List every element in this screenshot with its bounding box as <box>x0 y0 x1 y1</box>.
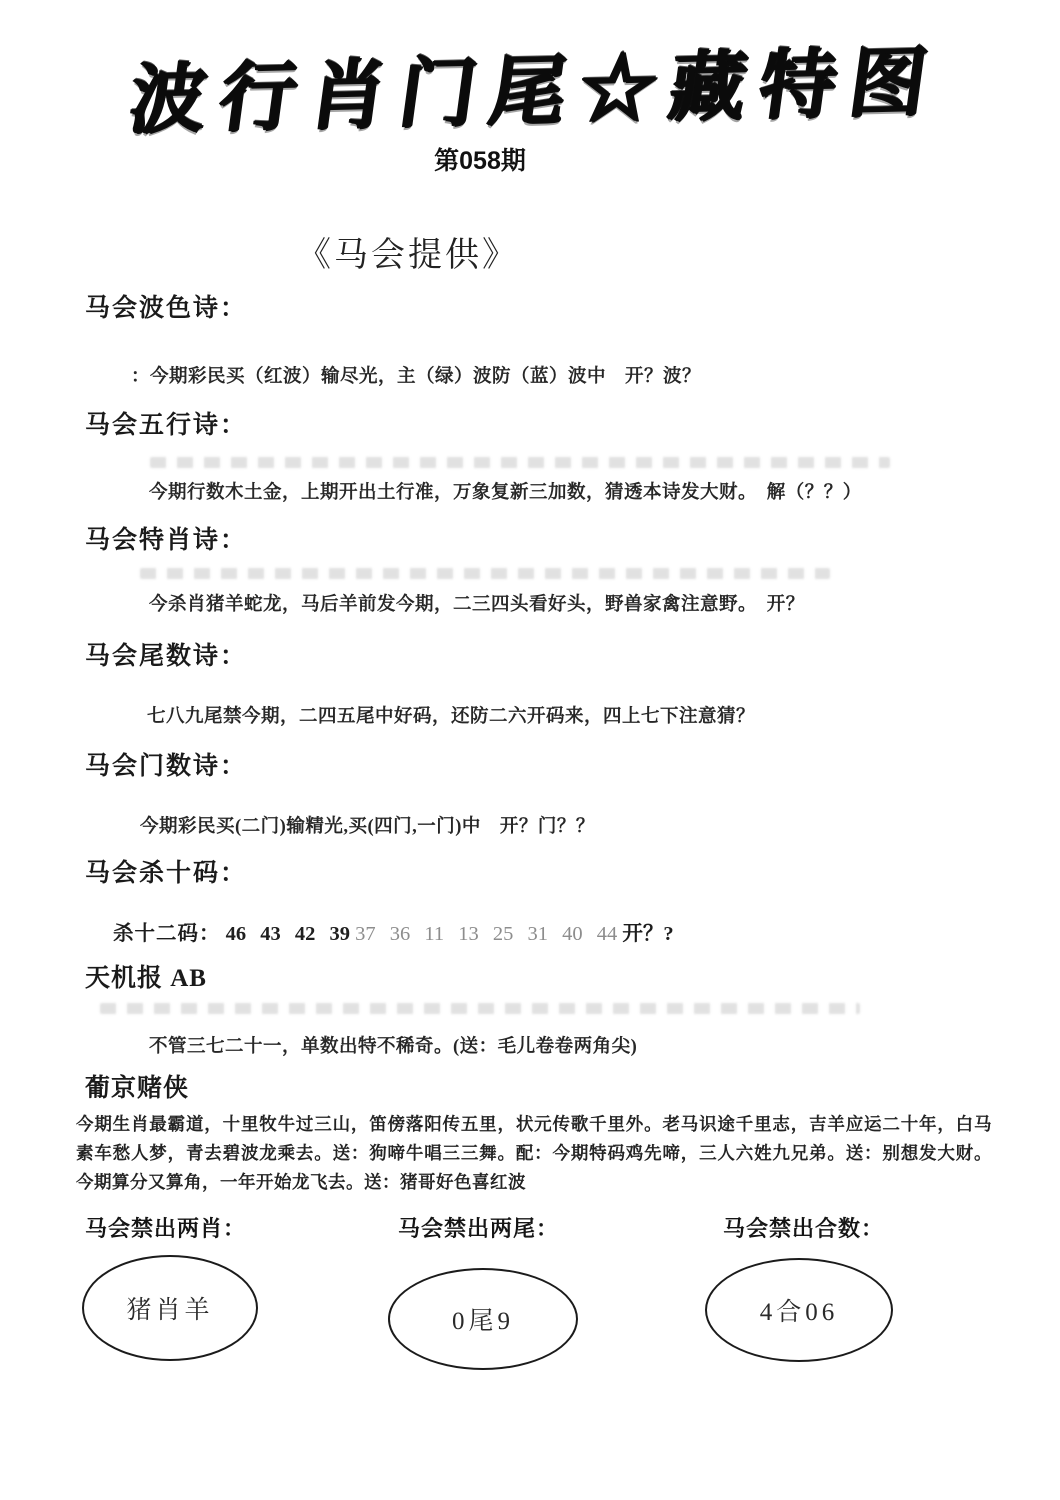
forbidden-two-zodiac-label: 马会禁出两肖： <box>85 1212 246 1243</box>
forbidden-sum-oval: 4合06 <box>705 1258 893 1362</box>
section-heading-tail-numbers: 马会尾数诗： <box>85 636 247 672</box>
forbidden-two-tails-label: 马会禁出两尾： <box>398 1212 559 1243</box>
poem-line-five-elements: 今期行数木土金，上期开出土行准，万象复新三加数，猜透本诗发大财。 解（？？） <box>149 478 862 504</box>
kill-codes-gray-numbers: 37 36 11 13 25 31 40 44 <box>355 923 617 945</box>
poem-line-tianji: 不管三七二十一，单数出特不稀奇。(送：毛儿卷卷两角尖) <box>149 1032 637 1058</box>
poem-line-gate-numbers: 今期彩民买(二门)输精光,买(四门,一门)中 开？门？？ <box>140 812 595 838</box>
provider-title: 《马会提供》 <box>297 227 519 276</box>
poem-line-wave-color: ：今期彩民买（红波）输尽光，主（绿）波防（蓝）波中 开？波？ <box>131 362 701 388</box>
poem-line-tail-numbers: 七八九尾禁今期，二四五尾中好码，还防二六开码来，四上七下注意猜？ <box>147 702 755 728</box>
ghost-text-artifact <box>100 1003 860 1014</box>
forbidden-sum-label: 马会禁出合数： <box>723 1212 884 1243</box>
issue-number: 第058期 <box>380 141 580 177</box>
forbidden-two-tails-value: 0尾9 <box>452 1301 514 1337</box>
section-heading-tianji: 天机报 AB <box>85 958 207 994</box>
pujing-paragraph: 今期生肖最霸道，十里牧牛过三山，笛傍落阳传五里，状元传歌千里外。老马识途千里志，… <box>76 1110 992 1197</box>
lottery-tip-sheet: 波行肖门尾☆藏特图 第058期 《马会提供》 马会波色诗： ：今期彩民买（红波）… <box>0 0 1060 1500</box>
forbidden-two-tails-oval: 0尾9 <box>388 1268 578 1370</box>
section-heading-wave-color: 马会波色诗： <box>85 288 247 324</box>
section-heading-pujing: 葡京赌侠 <box>85 1068 189 1104</box>
section-heading-gate-numbers: 马会门数诗： <box>85 746 247 782</box>
poem-line-special-zodiac: 今杀肖猪羊蛇龙，马后羊前发今期，二三四头看好头，野兽家禽注意野。 开？ <box>149 590 805 616</box>
forbidden-sum-value: 4合06 <box>760 1292 839 1328</box>
section-heading-kill-codes: 马会杀十码： <box>85 853 247 889</box>
kill-codes-dark-numbers: 46 43 42 39 <box>226 923 350 945</box>
ghost-text-artifact <box>150 457 890 468</box>
kill-codes-label: 杀十二码： <box>113 923 221 945</box>
ghost-text-artifact <box>140 568 830 579</box>
section-heading-five-elements: 马会五行诗： <box>85 405 247 441</box>
document-title: 波行肖门尾☆藏特图 <box>87 20 983 160</box>
kill-codes-row: 杀十二码： 46 43 42 39 37 36 11 13 25 31 40 4… <box>113 916 674 946</box>
kill-codes-result: 开？? <box>622 923 673 945</box>
forbidden-two-zodiac-value: 猪肖羊 <box>126 1290 213 1326</box>
forbidden-two-zodiac-oval: 猪肖羊 <box>82 1255 258 1361</box>
section-heading-special-zodiac: 马会特肖诗： <box>85 520 247 556</box>
